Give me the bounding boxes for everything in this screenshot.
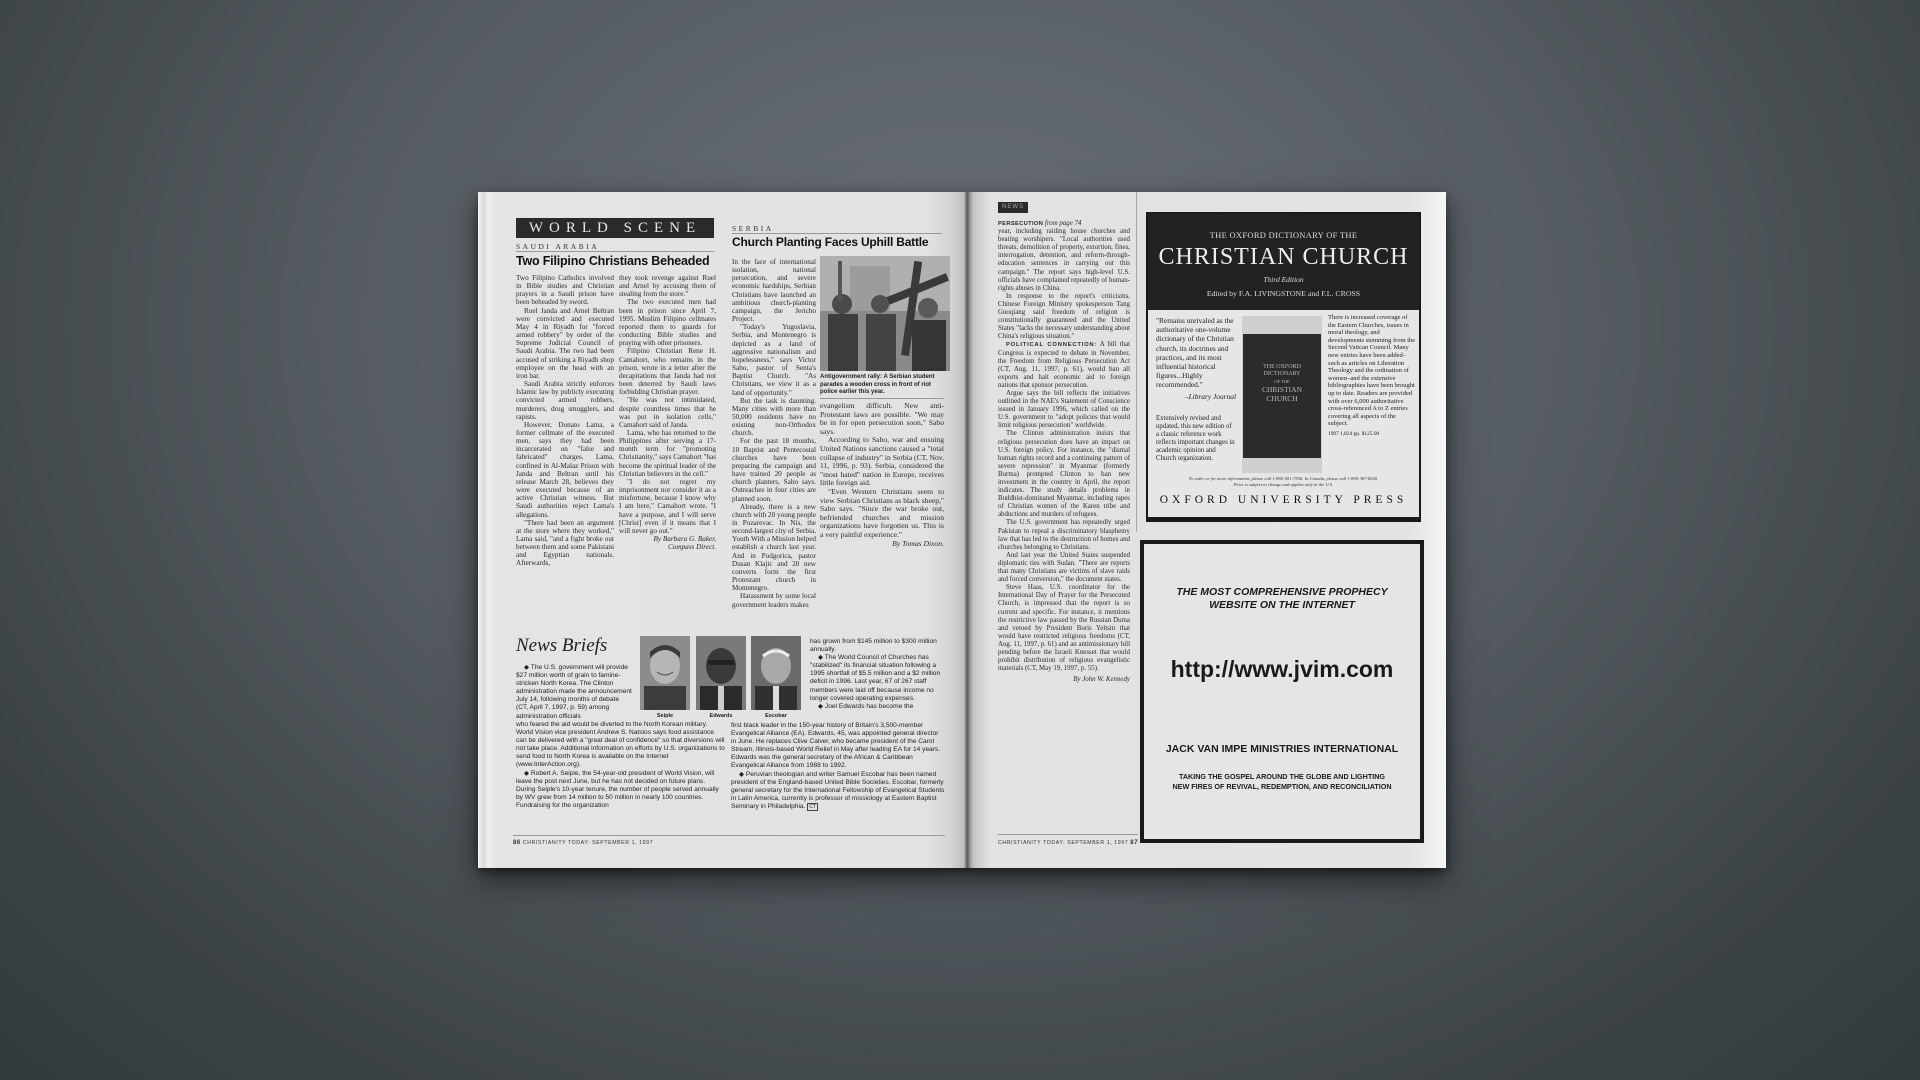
photo-caption: Antigovernment rally: A Serbian student … (820, 374, 944, 397)
section-banner: WORLD SCENE (516, 218, 714, 238)
seiple-photo (640, 636, 690, 710)
article-column: they took revenge against Ruel and Arnel… (619, 274, 716, 551)
jvim-url-link[interactable]: http://www.jvim.com (1144, 656, 1420, 683)
article-headline: Two Filipino Christians Beheaded (516, 254, 709, 268)
page-folio: CHRISTIANITY TODAY: SEPTEMBER 1, 1997 87 (998, 840, 1138, 846)
article-column: In the face of international isolation, … (732, 258, 816, 609)
page-folio: 86 CHRISTIANITY TODAY: SEPTEMBER 1, 1997 (513, 840, 653, 846)
end-mark: CT (807, 803, 818, 811)
oxford-dictionary-ad: THE OXFORD DICTIONARY OF THE CHRISTIAN C… (1146, 212, 1421, 522)
section-tag: NEWS (998, 202, 1028, 213)
brief-column: first black leader in the 150-year histo… (731, 722, 945, 811)
spine-gutter (964, 192, 970, 868)
persecution-article: PERSECUTION from page 74 year, including… (998, 220, 1130, 684)
byline: By Tomas Dixon. (820, 540, 944, 549)
byline: By John W. Kennedy (998, 676, 1130, 684)
brief-item: ◆ The U.S. government will provide $27 m… (516, 664, 632, 721)
article-kicker: SERBIA (732, 224, 774, 233)
escobar-photo (751, 636, 801, 710)
brief-column: has grown from $145 million to $300 mill… (810, 638, 945, 711)
mug-label: Escobar (751, 713, 801, 719)
edwards-photo (696, 636, 746, 710)
article-kicker: SAUDI ARABIA (516, 242, 599, 251)
magazine-spread: WORLD SCENE SAUDI ARABIA Two Filipino Ch… (478, 192, 1446, 868)
news-briefs-title: News Briefs (516, 635, 607, 657)
book-cover-image: THE OXFORD DICTIONARY OF THE CHRISTIAN C… (1243, 334, 1321, 458)
jvim-ad: THE MOST COMPREHENSIVE PROPHECY WEBSITE … (1140, 540, 1424, 843)
byline: By Barbara G. Baker, (619, 535, 716, 543)
subhead: POLITICAL CONNECTION: (1006, 342, 1097, 348)
right-page: NEWS PERSECUTION from page 74 year, incl… (968, 192, 1446, 868)
publisher-name: OXFORD UNIVERSITY PRESS (1148, 494, 1419, 506)
article-headline: Church Planting Faces Uphill Battle (732, 235, 928, 249)
serbia-protest-photo (820, 256, 950, 371)
left-page: WORLD SCENE SAUDI ARABIA Two Filipino Ch… (478, 192, 966, 868)
article-column: evangelism difficult. New anti-Protestan… (820, 402, 944, 548)
brief-column: who feared the aid would be diverted to … (516, 721, 726, 810)
mug-label: Edwards (696, 713, 746, 719)
article-column: Two Filipino Catholics involved in Bible… (516, 274, 614, 568)
mug-label: Seiple (640, 713, 690, 719)
